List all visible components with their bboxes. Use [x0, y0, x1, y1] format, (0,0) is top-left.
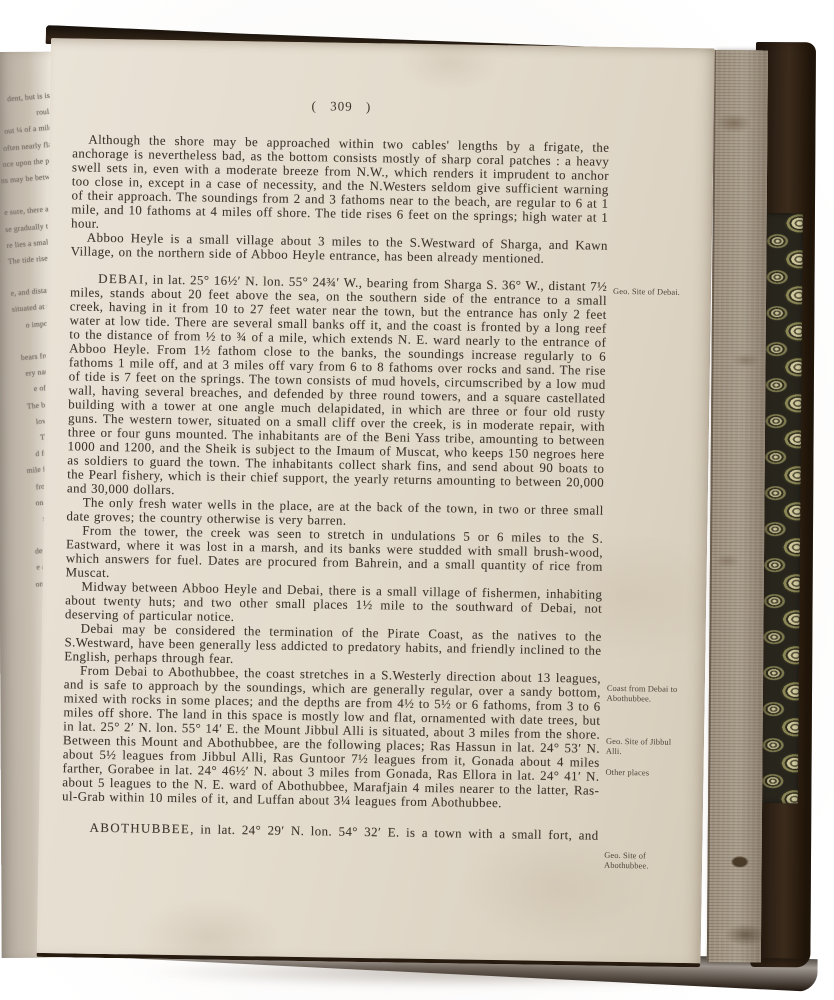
page-surface: ( 309 ) Although the shore may be approa… — [37, 38, 714, 963]
entry-name: ABOTHUBBEE — [89, 821, 190, 837]
paragraph-text: From the tower, the creek was seen to st… — [65, 524, 603, 580]
paragraph: From the tower, the creek was seen to st… — [65, 523, 603, 587]
margin-note: Coast from Debai to Abothubbee. — [607, 684, 683, 706]
book-photo: dent, but is isroul.out ¼ of a mileoften… — [0, 0, 834, 1000]
paragraph: From Debai to Abothubbee, the coast stre… — [62, 663, 601, 811]
page-text: Although the shore may be approached wit… — [61, 132, 609, 842]
entry-name: DEBAI — [98, 272, 145, 287]
margin-note: Geo. Site of Abothubbee. — [604, 851, 680, 873]
paragraph: Although the shore may be approached wit… — [71, 132, 609, 238]
paragraph-text: , in lat. 24° 29′ N. lon. 54° 32′ E. is … — [190, 822, 599, 842]
paragraph: ABOTHUBBEE, in lat. 24° 29′ N. lon. 54° … — [61, 820, 598, 842]
page-number: ( 309 ) — [73, 94, 610, 118]
fore-edge — [707, 50, 768, 962]
paragraph-text: Debai may be considered the termination … — [64, 622, 602, 666]
margin-note: Other places — [605, 768, 681, 779]
margin-note: Geo. Site of Jibbul Alli. — [606, 737, 682, 759]
paragraph-text: , in lat. 25° 16½′ N. lon. 55° 24¾′ W., … — [67, 273, 607, 497]
paragraph-text: From Debai to Abothubbee, the coast stre… — [62, 664, 601, 811]
paragraph-text: Although the shore may be approached wit… — [71, 133, 609, 231]
paragraph-text: Midway between Abboo Heyle and Debai, th… — [65, 580, 603, 624]
book-page: ( 309 ) Although the shore may be approa… — [37, 38, 715, 967]
paragraph: DEBAI, in lat. 25° 16½′ N. lon. 55° 24¾′… — [67, 271, 607, 503]
margin-note: Geo. Site of Debai. — [613, 287, 689, 298]
